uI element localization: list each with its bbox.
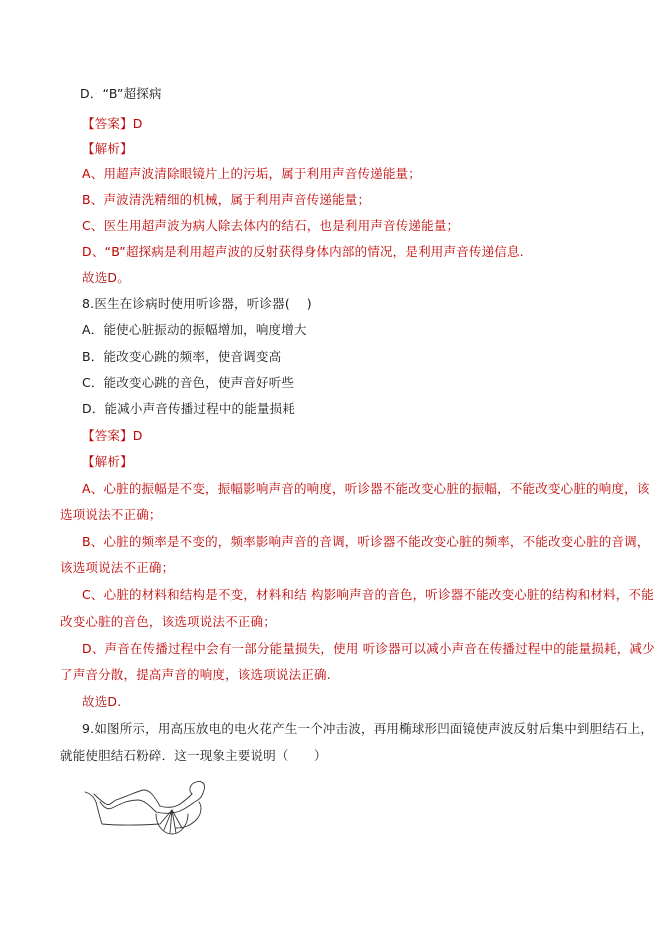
q8-analysis-line: 该选项说法不正确； bbox=[60, 560, 174, 576]
q8-analysis-line: 了声音分散，提高声音的响度，该选项说法正确. bbox=[60, 667, 331, 683]
q7-option-d: D．“B”超探病 bbox=[80, 86, 162, 102]
q8-stem: 8.医生在诊病时使用听诊器，听诊器( ) bbox=[82, 296, 312, 312]
q8-option-a: A．能使心脏振动的振幅增加，响度增大 bbox=[82, 322, 307, 338]
q8-analysis-line: B、心脏的频率是不变的，频率影响声音的音调，听诊器不能改变心脏的频率，不能改变心… bbox=[82, 534, 650, 550]
q8-option-c: C．能改变心跳的音色，使声音好听些 bbox=[82, 375, 294, 391]
q7-analysis-c: C、医生用超声波为病人除去体内的结石，也是利用声音传递能量； bbox=[82, 218, 459, 234]
q7-analysis-a: A、用超声波清除眼镜片上的污垢，属于利用声音传递能量； bbox=[82, 166, 421, 182]
q8-analysis-line: 改变心脏的音色，该选项说法不正确； bbox=[60, 614, 276, 630]
patient-reflector-figure bbox=[84, 780, 224, 840]
q8-conclusion: 故选D. bbox=[82, 694, 121, 710]
q7-answer: 【答案】D bbox=[82, 116, 143, 132]
q8-analysis-label: 【解析】 bbox=[82, 454, 133, 470]
q8-analysis-line: C、心脏的材料和结构是不变，材料和结 构影响声音的音色，听诊器不能改变心脏的结构… bbox=[82, 587, 654, 603]
q7-analysis-b: B、声波清洗精细的机械，属于利用声音传递能量； bbox=[82, 192, 370, 208]
q8-answer: 【答案】D bbox=[82, 428, 143, 444]
q8-option-d: D．能减小声音传播过程中的能量损耗 bbox=[82, 401, 295, 417]
q8-analysis-line: 选项说法不正确； bbox=[60, 507, 162, 523]
q9-stem-line: 就能使胆结石粉碎．这一现象主要说明（ ） bbox=[60, 748, 327, 764]
q7-conclusion: 故选D。 bbox=[82, 270, 130, 286]
q7-analysis-d: D、“B”超探病是利用超声波的反射获得身体内部的情况，是利用声音传递信息. bbox=[82, 244, 524, 260]
q8-option-b: B．能改变心跳的频率，使音调变高 bbox=[82, 349, 281, 365]
q8-analysis-line: D、声音在传播过程中会有一部分能量损失，使用 听诊器可以减小声音在传播过程中的能… bbox=[82, 641, 655, 657]
lithotripsy-illustration-icon bbox=[84, 780, 224, 840]
q7-analysis-label: 【解析】 bbox=[82, 141, 133, 157]
q9-stem-line: 9.如图所示，用高压放电的电火花产生一个冲击波，再用椭球形凹面镜使声波反射后集中… bbox=[82, 721, 653, 737]
q8-analysis-line: A、心脏的振幅是不变，振幅影响声音的响度，听诊器不能改变心脏的振幅，不能改变心脏… bbox=[82, 481, 650, 497]
